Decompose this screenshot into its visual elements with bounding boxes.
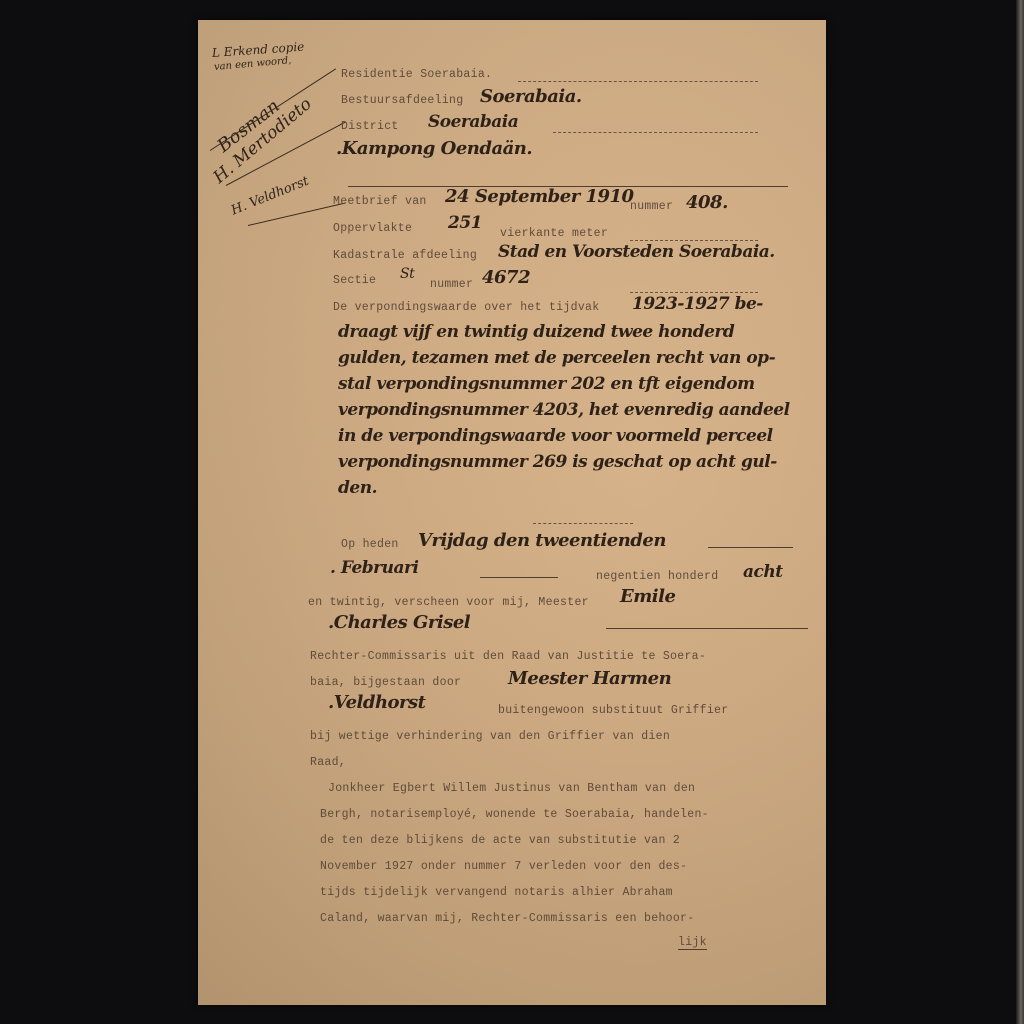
district-label: District	[341, 120, 399, 133]
sectie-label: Sectie	[333, 274, 376, 287]
deed-line7: buitengewoon substituut Griffier	[498, 704, 728, 717]
deed-paragraph-line: de ten deze blijkens de acte van substit…	[320, 834, 680, 847]
sectie-nummer-label: nummer	[430, 278, 473, 291]
deed-line9: Raad,	[310, 756, 346, 769]
verponding-period: 1923-1927 be-	[632, 294, 763, 314]
deed-paragraph-line: tijds tijdelijk vervangend notaris alhie…	[320, 886, 673, 899]
judge-name: .Charles Grisel	[328, 612, 470, 633]
dotted-fill-line	[518, 81, 758, 82]
verponding-line: verpondingsnummer 4203, het evenredig aa…	[338, 400, 790, 420]
verponding-line: stal verpondingsnummer 202 en tft eigend…	[338, 374, 755, 394]
op-heden-label: Op heden	[341, 538, 399, 551]
oppervlakte-value: 251	[448, 213, 482, 233]
document-page: L Erkend copie van een woord, Bosman H. …	[198, 20, 826, 1005]
deed-paragraph-line: Bergh, notarisemployé, wonende te Soerab…	[320, 808, 709, 821]
verponding-line: gulden, tezamen met de perceelen recht v…	[338, 348, 775, 368]
background-edge	[1016, 0, 1024, 1024]
deed-paragraph-line: November 1927 onder nummer 7 verleden vo…	[320, 860, 687, 873]
deed-line6: baia, bijgestaan door	[310, 676, 461, 689]
verponding-line: in de verpondingswaarde voor voormeld pe…	[338, 426, 773, 446]
deed-paragraph-line: Caland, waarvan mij, Rechter-Commissaris…	[320, 912, 694, 925]
deed-year-hand: acht	[743, 562, 783, 582]
catchword: lijk	[678, 936, 707, 950]
residentie-label: Residentie Soerabaia.	[341, 68, 492, 81]
verponding-line: draagt vijf en twintig duizend twee hond…	[338, 322, 734, 342]
oppervlakte-label: Oppervlakte	[333, 222, 412, 235]
fill-line	[708, 547, 793, 548]
dotted-fill-line	[630, 240, 758, 241]
deed-line3: en twintig, verscheen voor mij, Meester	[308, 596, 589, 609]
kadastrale-label: Kadastrale afdeeling	[333, 249, 477, 262]
meetbrief-nummer-label: nummer	[630, 200, 673, 213]
deed-day-value: Vrijdag den tweentienden	[418, 530, 666, 551]
sectie-nummer-value: 4672	[482, 267, 530, 288]
district-value: Soerabaia	[428, 112, 518, 132]
kadastrale-value: Stad en Voorsteden Soerabaia.	[498, 242, 775, 262]
meetbrief-label: Meetbrief van	[333, 195, 427, 208]
margin-signature-3: H. Veldhorst	[229, 174, 311, 219]
judge-first-name: Emile	[620, 586, 675, 607]
verponding-line: den.	[338, 478, 377, 498]
dotted-fill-line	[630, 292, 758, 293]
verponding-intro: De verpondingswaarde over het tijdvak	[333, 301, 599, 314]
deed-month-value: . Februari	[330, 558, 418, 578]
meetbrief-nummer-value: 408.	[686, 192, 728, 213]
sectie-value: St	[400, 266, 414, 282]
bestuursafdeeling-label: Bestuursafdeeling	[341, 94, 463, 107]
fill-line	[606, 628, 808, 629]
clerk-surname: .Veldhorst	[328, 692, 425, 713]
kampong-value: .Kampong Oendaän.	[336, 138, 532, 159]
deed-line8: bij wettige verhindering van den Griffie…	[310, 730, 670, 743]
dotted-fill-line	[553, 132, 758, 133]
deed-paragraph-line: Jonkheer Egbert Willem Justinus van Bent…	[328, 782, 695, 795]
deed-line5: Rechter-Commissaris uit den Raad van Jus…	[310, 650, 706, 663]
clerk-name: Meester Harmen	[508, 668, 671, 689]
section-separator	[533, 523, 633, 524]
oppervlakte-unit: vierkante meter	[500, 227, 608, 240]
fill-line	[480, 577, 558, 578]
meetbrief-date-value: 24 September 1910	[445, 186, 634, 207]
bestuursafdeeling-value: Soerabaia.	[480, 86, 582, 107]
verponding-line: verpondingsnummer 269 is geschat op acht…	[338, 452, 777, 472]
deed-year-typed: negentien honderd	[596, 570, 718, 583]
